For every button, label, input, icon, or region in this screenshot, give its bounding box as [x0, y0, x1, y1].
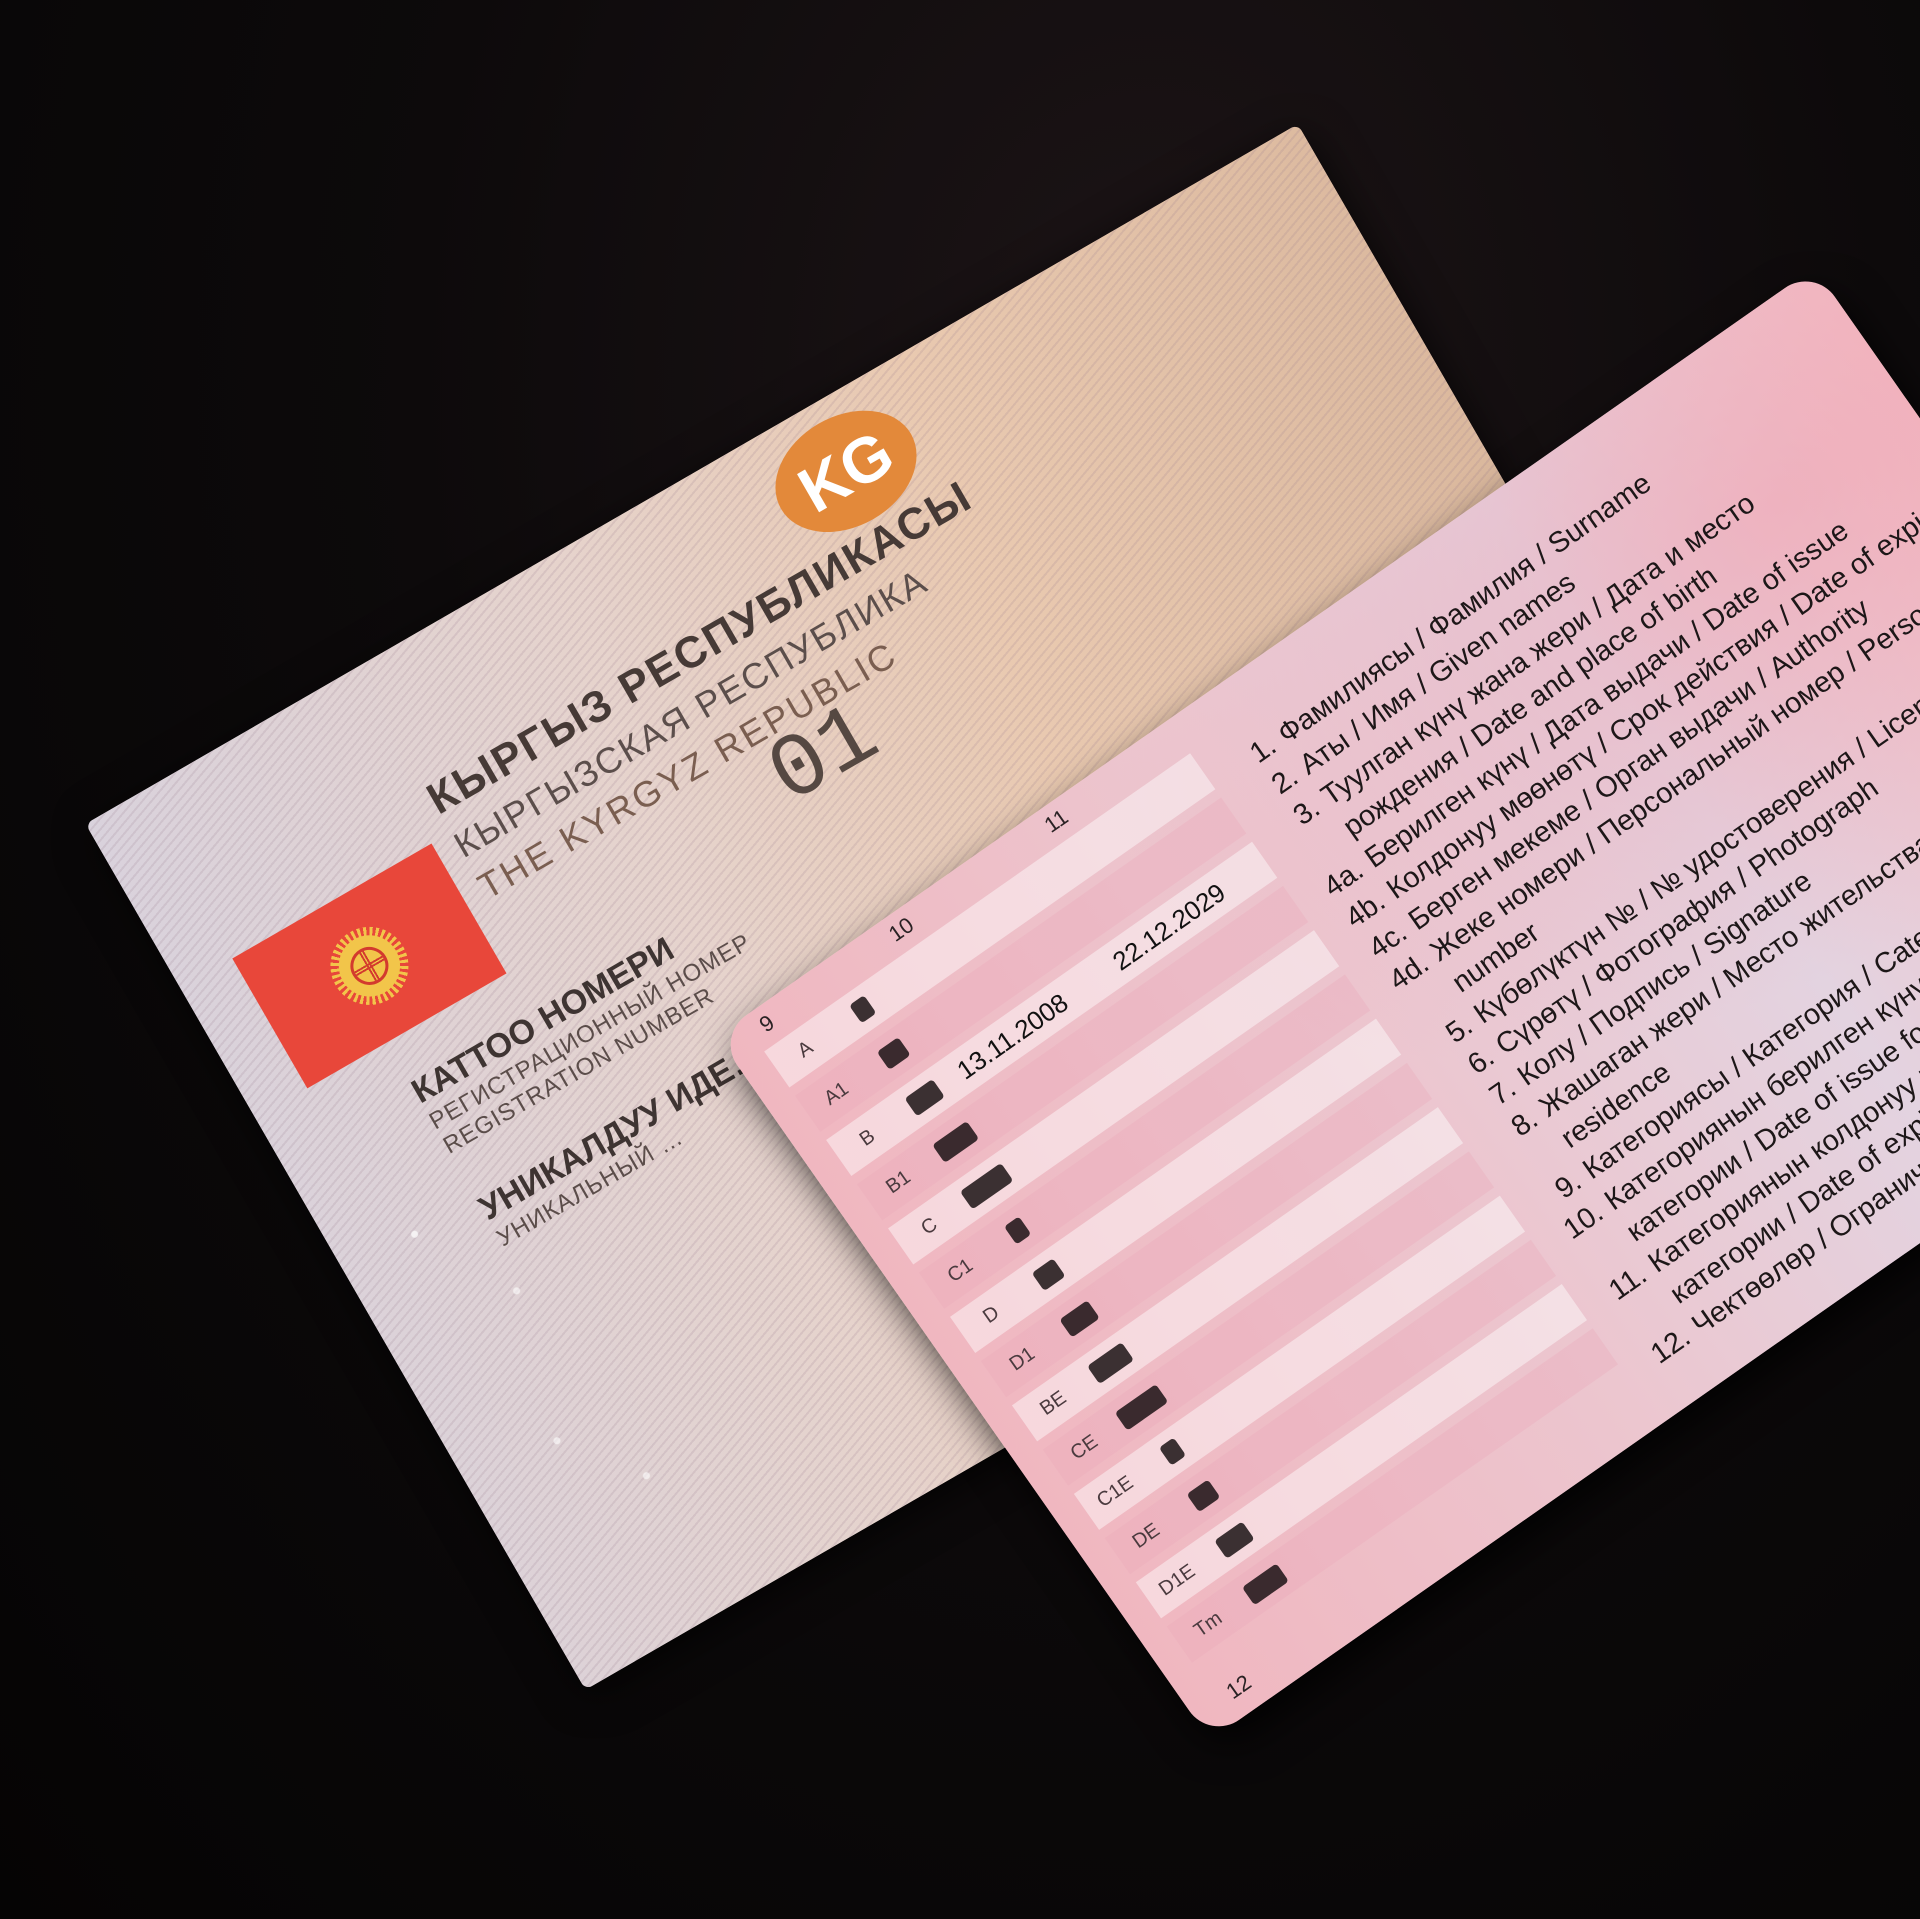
col-header-12: 12	[1221, 1670, 1256, 1705]
col-header-11: 11	[1040, 804, 1074, 838]
photo-scene: KG КЫРГЫЗ РЕСПУБЛИКАСЫ КЫРГЫЗСКАЯ РЕСПУБ…	[0, 0, 1920, 1919]
country-header: КЫРГЫЗ РЕСПУБЛИКАСЫ КЫРГЫЗСКАЯ РЕСПУБЛИК…	[419, 472, 1029, 908]
flag-sun-icon	[316, 913, 423, 1020]
country-name-ru: КЫРГЫЗСКАЯ РЕСПУБЛИКА	[447, 520, 1005, 866]
col-header-9: 9	[754, 1010, 779, 1038]
col-header-10: 10	[884, 912, 919, 947]
